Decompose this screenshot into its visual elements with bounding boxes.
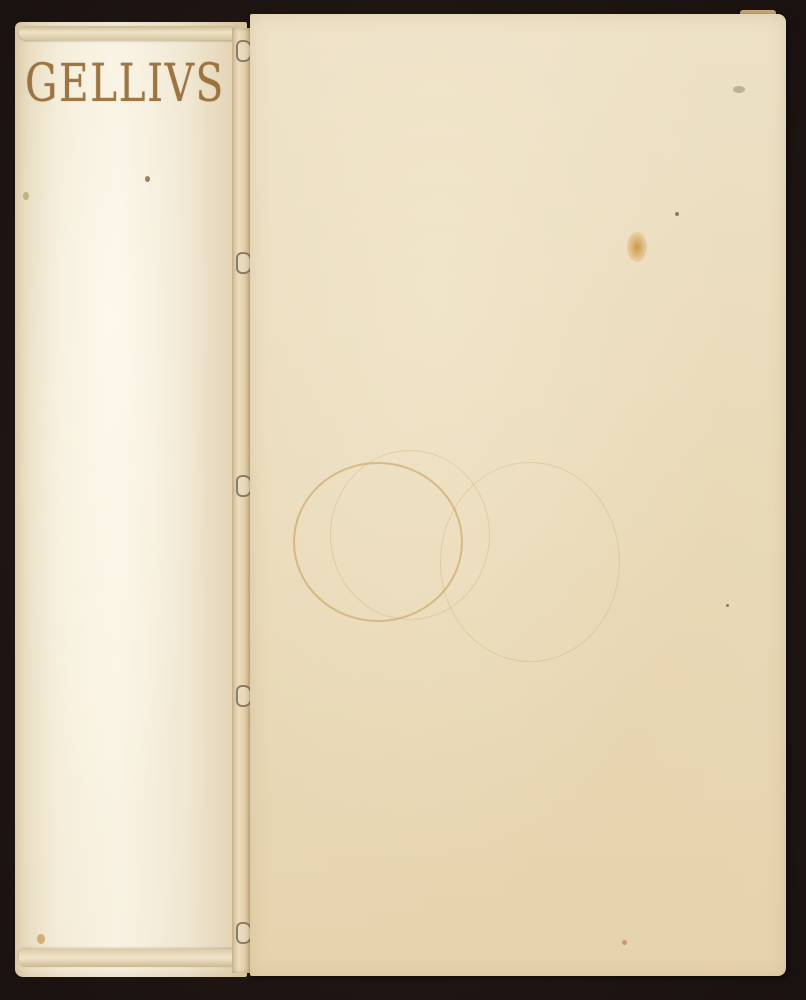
spine-title: GELLIVS [25, 56, 193, 112]
spot-mark [675, 212, 679, 216]
spine-headcap [19, 26, 243, 40]
stain-mark [627, 232, 647, 262]
ring-impression [440, 462, 620, 662]
spine-spot [145, 176, 150, 182]
spot-mark [726, 604, 729, 607]
spine-tailcap [19, 949, 243, 967]
book-spine: GELLIVS [15, 22, 247, 977]
spot-mark [622, 940, 627, 945]
spine-spot [37, 934, 45, 944]
spot-mark [733, 86, 745, 93]
spine-spot [23, 192, 29, 200]
book-photograph: GELLIVS [0, 0, 806, 1000]
